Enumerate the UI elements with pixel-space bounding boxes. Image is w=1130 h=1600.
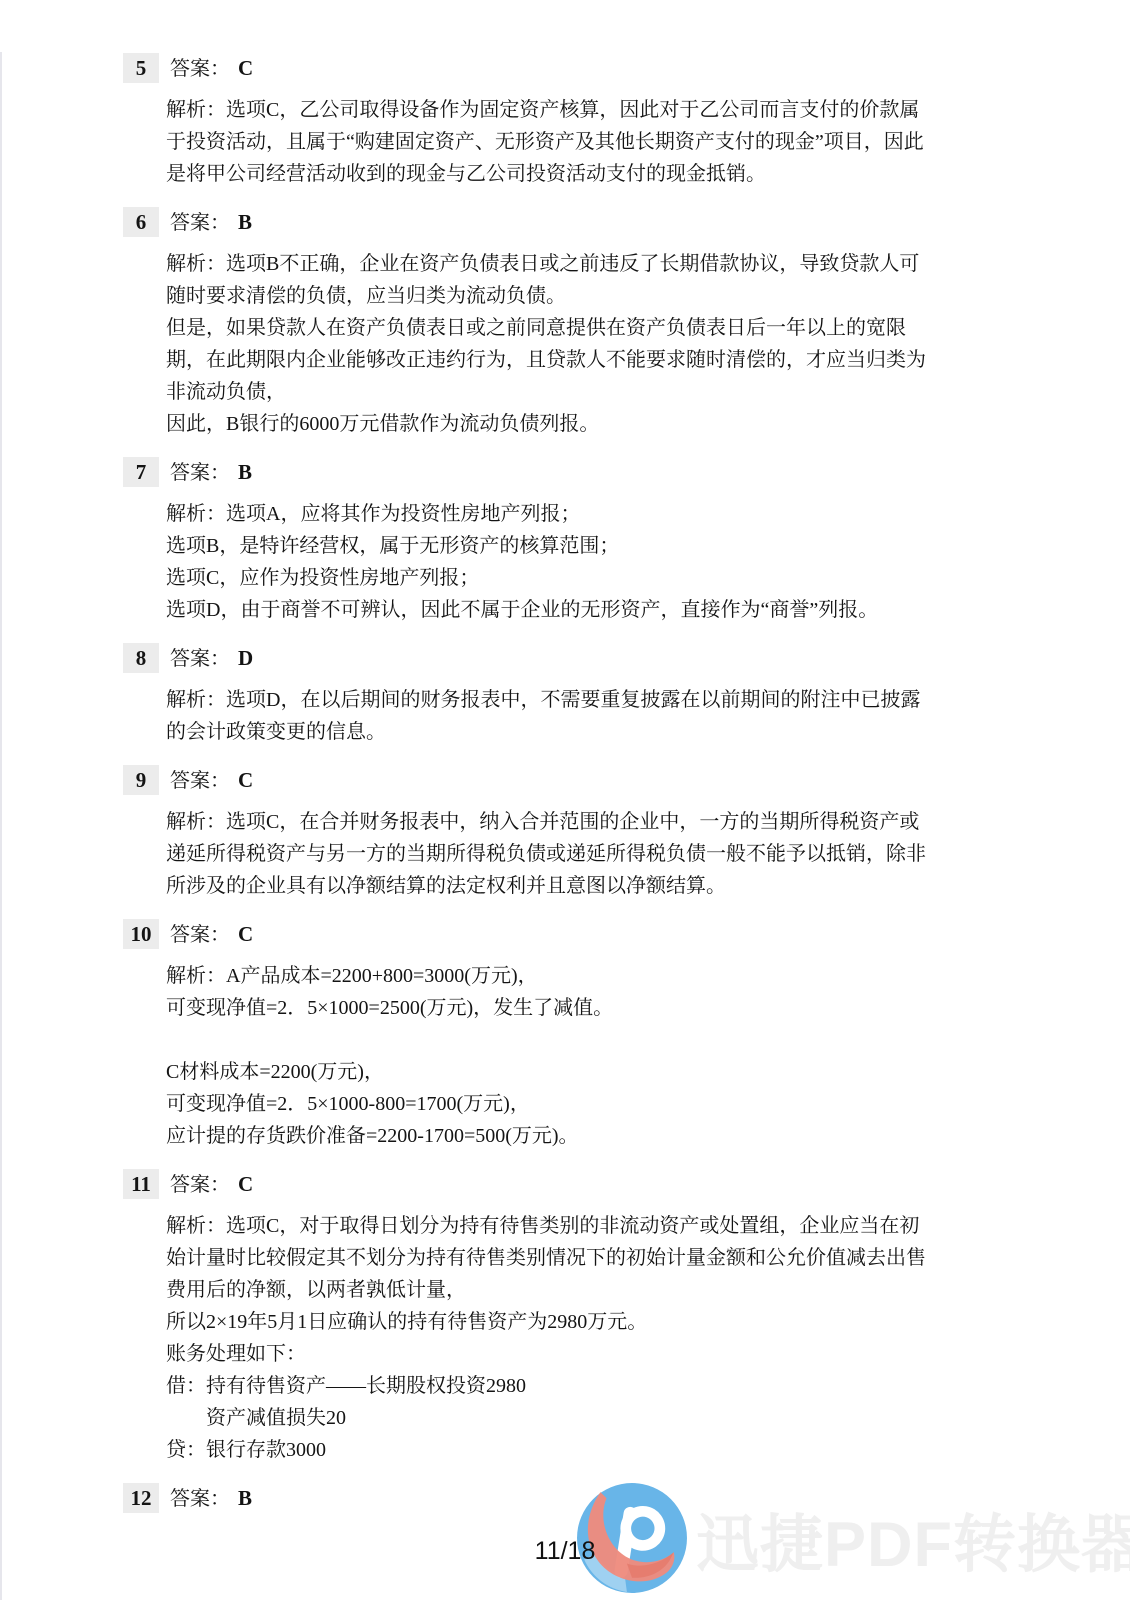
document-page: 5 答案： C 解析：选项C，乙公司取得设备作为固定资产核算，因此对于乙公司而言… xyxy=(0,0,1130,1600)
explanation-line: 非流动负债， xyxy=(166,376,1023,408)
answer-row: 11 答案： C xyxy=(123,1168,1023,1198)
explanation-line: 选项C，应作为投资性房地产列报； xyxy=(166,562,1023,594)
explanation-line: 是将甲公司经营活动收到的现金与乙公司投资活动支付的现金抵销。 xyxy=(166,158,1023,190)
answer-label: 答案： xyxy=(170,206,230,235)
question-number: 11 xyxy=(123,1169,159,1199)
explanation-line: 解析：选项C，对于取得日划分为持有待售类别的非流动资产或处置组，企业应当在初 xyxy=(166,1210,1023,1242)
explanation-line: 选项D，由于商誉不可辨认，因此不属于企业的无形资产，直接作为“商誉”列报。 xyxy=(166,594,1023,626)
answer-block: 9 答案： C 解析：选项C，在合并财务报表中，纳入合并范围的企业中，一方的当期… xyxy=(123,764,1023,902)
explanation-line: 但是，如果贷款人在资产负债表日或之前同意提供在资产负债表日后一年以上的宽限 xyxy=(166,312,1023,344)
explanation-line: 所以2×19年5月1日应确认的持有待售资产为2980万元。 xyxy=(166,1306,1023,1338)
answer-letter: C xyxy=(238,768,253,793)
explanation: 解析：A产品成本=2200+800=3000(万元)， 可变现净值=2．5×10… xyxy=(166,960,1023,1152)
answer-row: 5 答案： C xyxy=(123,52,1023,82)
question-number: 8 xyxy=(123,643,159,673)
page-edge-line xyxy=(0,52,2,1600)
question-number: 7 xyxy=(123,457,159,487)
explanation-line: 解析：选项A，应将其作为投资性房地产列报； xyxy=(166,498,1023,530)
explanation-line xyxy=(166,1024,1023,1056)
answer-row: 8 答案： D xyxy=(123,642,1023,672)
answer-letter: C xyxy=(238,922,253,947)
watermark: 迅捷PDF转换器 xyxy=(576,1482,1130,1594)
answer-label: 答案： xyxy=(170,1168,230,1197)
answer-row: 10 答案： C xyxy=(123,918,1023,948)
explanation-line: 账务处理如下： xyxy=(166,1338,1023,1370)
answer-row: 7 答案： B xyxy=(123,456,1023,486)
page-number: 11/18 xyxy=(535,1537,596,1566)
question-number: 10 xyxy=(123,919,159,949)
question-number: 6 xyxy=(123,207,159,237)
answer-letter: B xyxy=(238,1486,252,1511)
explanation: 解析：选项D，在以后期间的财务报表中，不需要重复披露在以前期间的附注中已披露 的… xyxy=(166,684,1023,748)
answer-letter: B xyxy=(238,460,252,485)
explanation-line: 解析：A产品成本=2200+800=3000(万元)， xyxy=(166,960,1023,992)
answer-label: 答案： xyxy=(170,764,230,793)
answer-letter: D xyxy=(238,646,253,671)
explanation-line: 的会计政策变更的信息。 xyxy=(166,716,1023,748)
answer-block: 5 答案： C 解析：选项C，乙公司取得设备作为固定资产核算，因此对于乙公司而言… xyxy=(123,52,1023,190)
explanation-line: 可变现净值=2．5×1000=2500(万元)，发生了减值。 xyxy=(166,992,1023,1024)
explanation-line: 可变现净值=2．5×1000-800=1700(万元)， xyxy=(166,1088,1023,1120)
answer-letter: C xyxy=(238,56,253,81)
answer-label: 答案： xyxy=(170,52,230,81)
explanation-line: 贷：银行存款3000 xyxy=(166,1434,1023,1466)
explanation-line: 解析：选项C，乙公司取得设备作为固定资产核算，因此对于乙公司而言支付的价款属 xyxy=(166,94,1023,126)
explanation-line: 于投资活动，且属于“购建固定资产、无形资产及其他长期资产支付的现金”项目，因此 xyxy=(166,126,1023,158)
answer-label: 答案： xyxy=(170,1482,230,1511)
explanation-line: 解析：选项C，在合并财务报表中，纳入合并范围的企业中，一方的当期所得税资产或 xyxy=(166,806,1023,838)
answer-row: 9 答案： C xyxy=(123,764,1023,794)
explanation-line: 所涉及的企业具有以净额结算的法定权利并且意图以净额结算。 xyxy=(166,870,1023,902)
question-number: 12 xyxy=(123,1483,159,1513)
answer-block: 8 答案： D 解析：选项D，在以后期间的财务报表中，不需要重复披露在以前期间的… xyxy=(123,642,1023,748)
answer-label: 答案： xyxy=(170,642,230,671)
explanation-line: C材料成本=2200(万元)， xyxy=(166,1056,1023,1088)
explanation-line: 解析：选项B不正确，企业在资产负债表日或之前违反了长期借款协议，导致贷款人可 xyxy=(166,248,1023,280)
answer-block: 7 答案： B 解析：选项A，应将其作为投资性房地产列报； 选项B，是特许经营权… xyxy=(123,456,1023,626)
explanation-line: 费用后的净额，以两者孰低计量， xyxy=(166,1274,1023,1306)
answer-label: 答案： xyxy=(170,456,230,485)
explanation-line: 资产减值损失20 xyxy=(166,1402,1023,1434)
answers-list: 5 答案： C 解析：选项C，乙公司取得设备作为固定资产核算，因此对于乙公司而言… xyxy=(123,52,1023,1528)
explanation-line: 始计量时比较假定其不划分为持有待售类别情况下的初始计量金额和公允价值减去出售 xyxy=(166,1242,1023,1274)
answer-block: 10 答案： C 解析：A产品成本=2200+800=3000(万元)， 可变现… xyxy=(123,918,1023,1152)
explanation: 解析：选项C，乙公司取得设备作为固定资产核算，因此对于乙公司而言支付的价款属 于… xyxy=(166,94,1023,190)
explanation: 解析：选项C，在合并财务报表中，纳入合并范围的企业中，一方的当期所得税资产或 递… xyxy=(166,806,1023,902)
answer-label: 答案： xyxy=(170,918,230,947)
explanation: 解析：选项B不正确，企业在资产负债表日或之前违反了长期借款协议，导致贷款人可 随… xyxy=(166,248,1023,440)
explanation-line: 随时要求清偿的负债，应当归类为流动负债。 xyxy=(166,280,1023,312)
explanation-line: 选项B，是特许经营权，属于无形资产的核算范围； xyxy=(166,530,1023,562)
explanation-line: 期，在此期限内企业能够改正违约行为，且贷款人不能要求随时清偿的，才应当归类为 xyxy=(166,344,1023,376)
watermark-text: 迅捷PDF转换器 xyxy=(696,1494,1130,1585)
explanation-line: 借：持有待售资产——长期股权投资2980 xyxy=(166,1370,1023,1402)
answer-letter: B xyxy=(238,210,252,235)
answer-block: 6 答案： B 解析：选项B不正确，企业在资产负债表日或之前违反了长期借款协议，… xyxy=(123,206,1023,440)
answer-block: 11 答案： C 解析：选项C，对于取得日划分为持有待售类别的非流动资产或处置组… xyxy=(123,1168,1023,1466)
explanation: 解析：选项A，应将其作为投资性房地产列报； 选项B，是特许经营权，属于无形资产的… xyxy=(166,498,1023,626)
question-number: 9 xyxy=(123,765,159,795)
explanation-line: 因此，B银行的6000万元借款作为流动负债列报。 xyxy=(166,408,1023,440)
question-number: 5 xyxy=(123,53,159,83)
answer-row: 6 答案： B xyxy=(123,206,1023,236)
answer-letter: C xyxy=(238,1172,253,1197)
explanation-line: 应计提的存货跌价准备=2200-1700=500(万元)。 xyxy=(166,1120,1023,1152)
explanation-line: 解析：选项D，在以后期间的财务报表中，不需要重复披露在以前期间的附注中已披露 xyxy=(166,684,1023,716)
explanation: 解析：选项C，对于取得日划分为持有待售类别的非流动资产或处置组，企业应当在初 始… xyxy=(166,1210,1023,1466)
explanation-line: 递延所得税资产与另一方的当期所得税负债或递延所得税负债一般不能予以抵销，除非 xyxy=(166,838,1023,870)
